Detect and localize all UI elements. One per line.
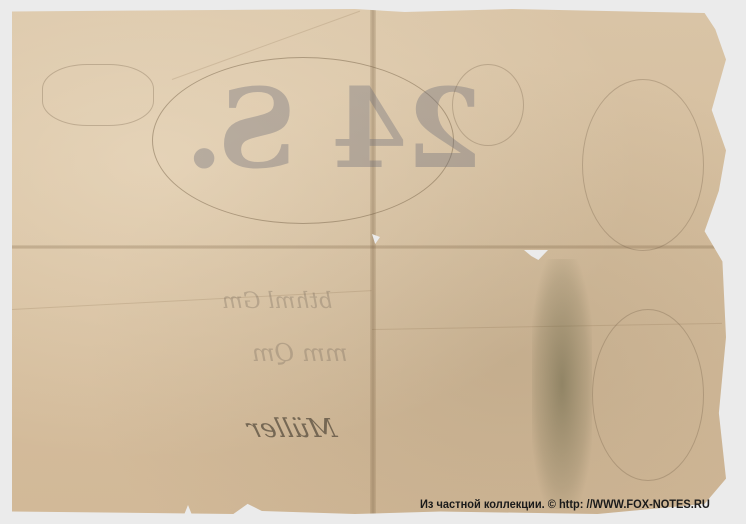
- banknote-image: 24 S. bthml Gm mm Qm Müller: [12, 9, 726, 514]
- ghost-text: bthml Gm: [222, 289, 332, 314]
- figure-emblem: [582, 79, 704, 251]
- signature: Müller: [244, 414, 340, 444]
- dirt-stain: [532, 259, 592, 509]
- denomination-mirrored: 24 S.: [187, 64, 482, 193]
- crown-emblem: [452, 64, 524, 146]
- back-oval-emblem: [592, 309, 704, 481]
- horizontal-fold: [12, 245, 726, 249]
- copyright-caption: Из частной коллекции. © http: //WWW.FOX-…: [420, 497, 710, 511]
- ornament-emblem: [42, 64, 154, 126]
- ghost-text: mm Qm: [252, 339, 348, 367]
